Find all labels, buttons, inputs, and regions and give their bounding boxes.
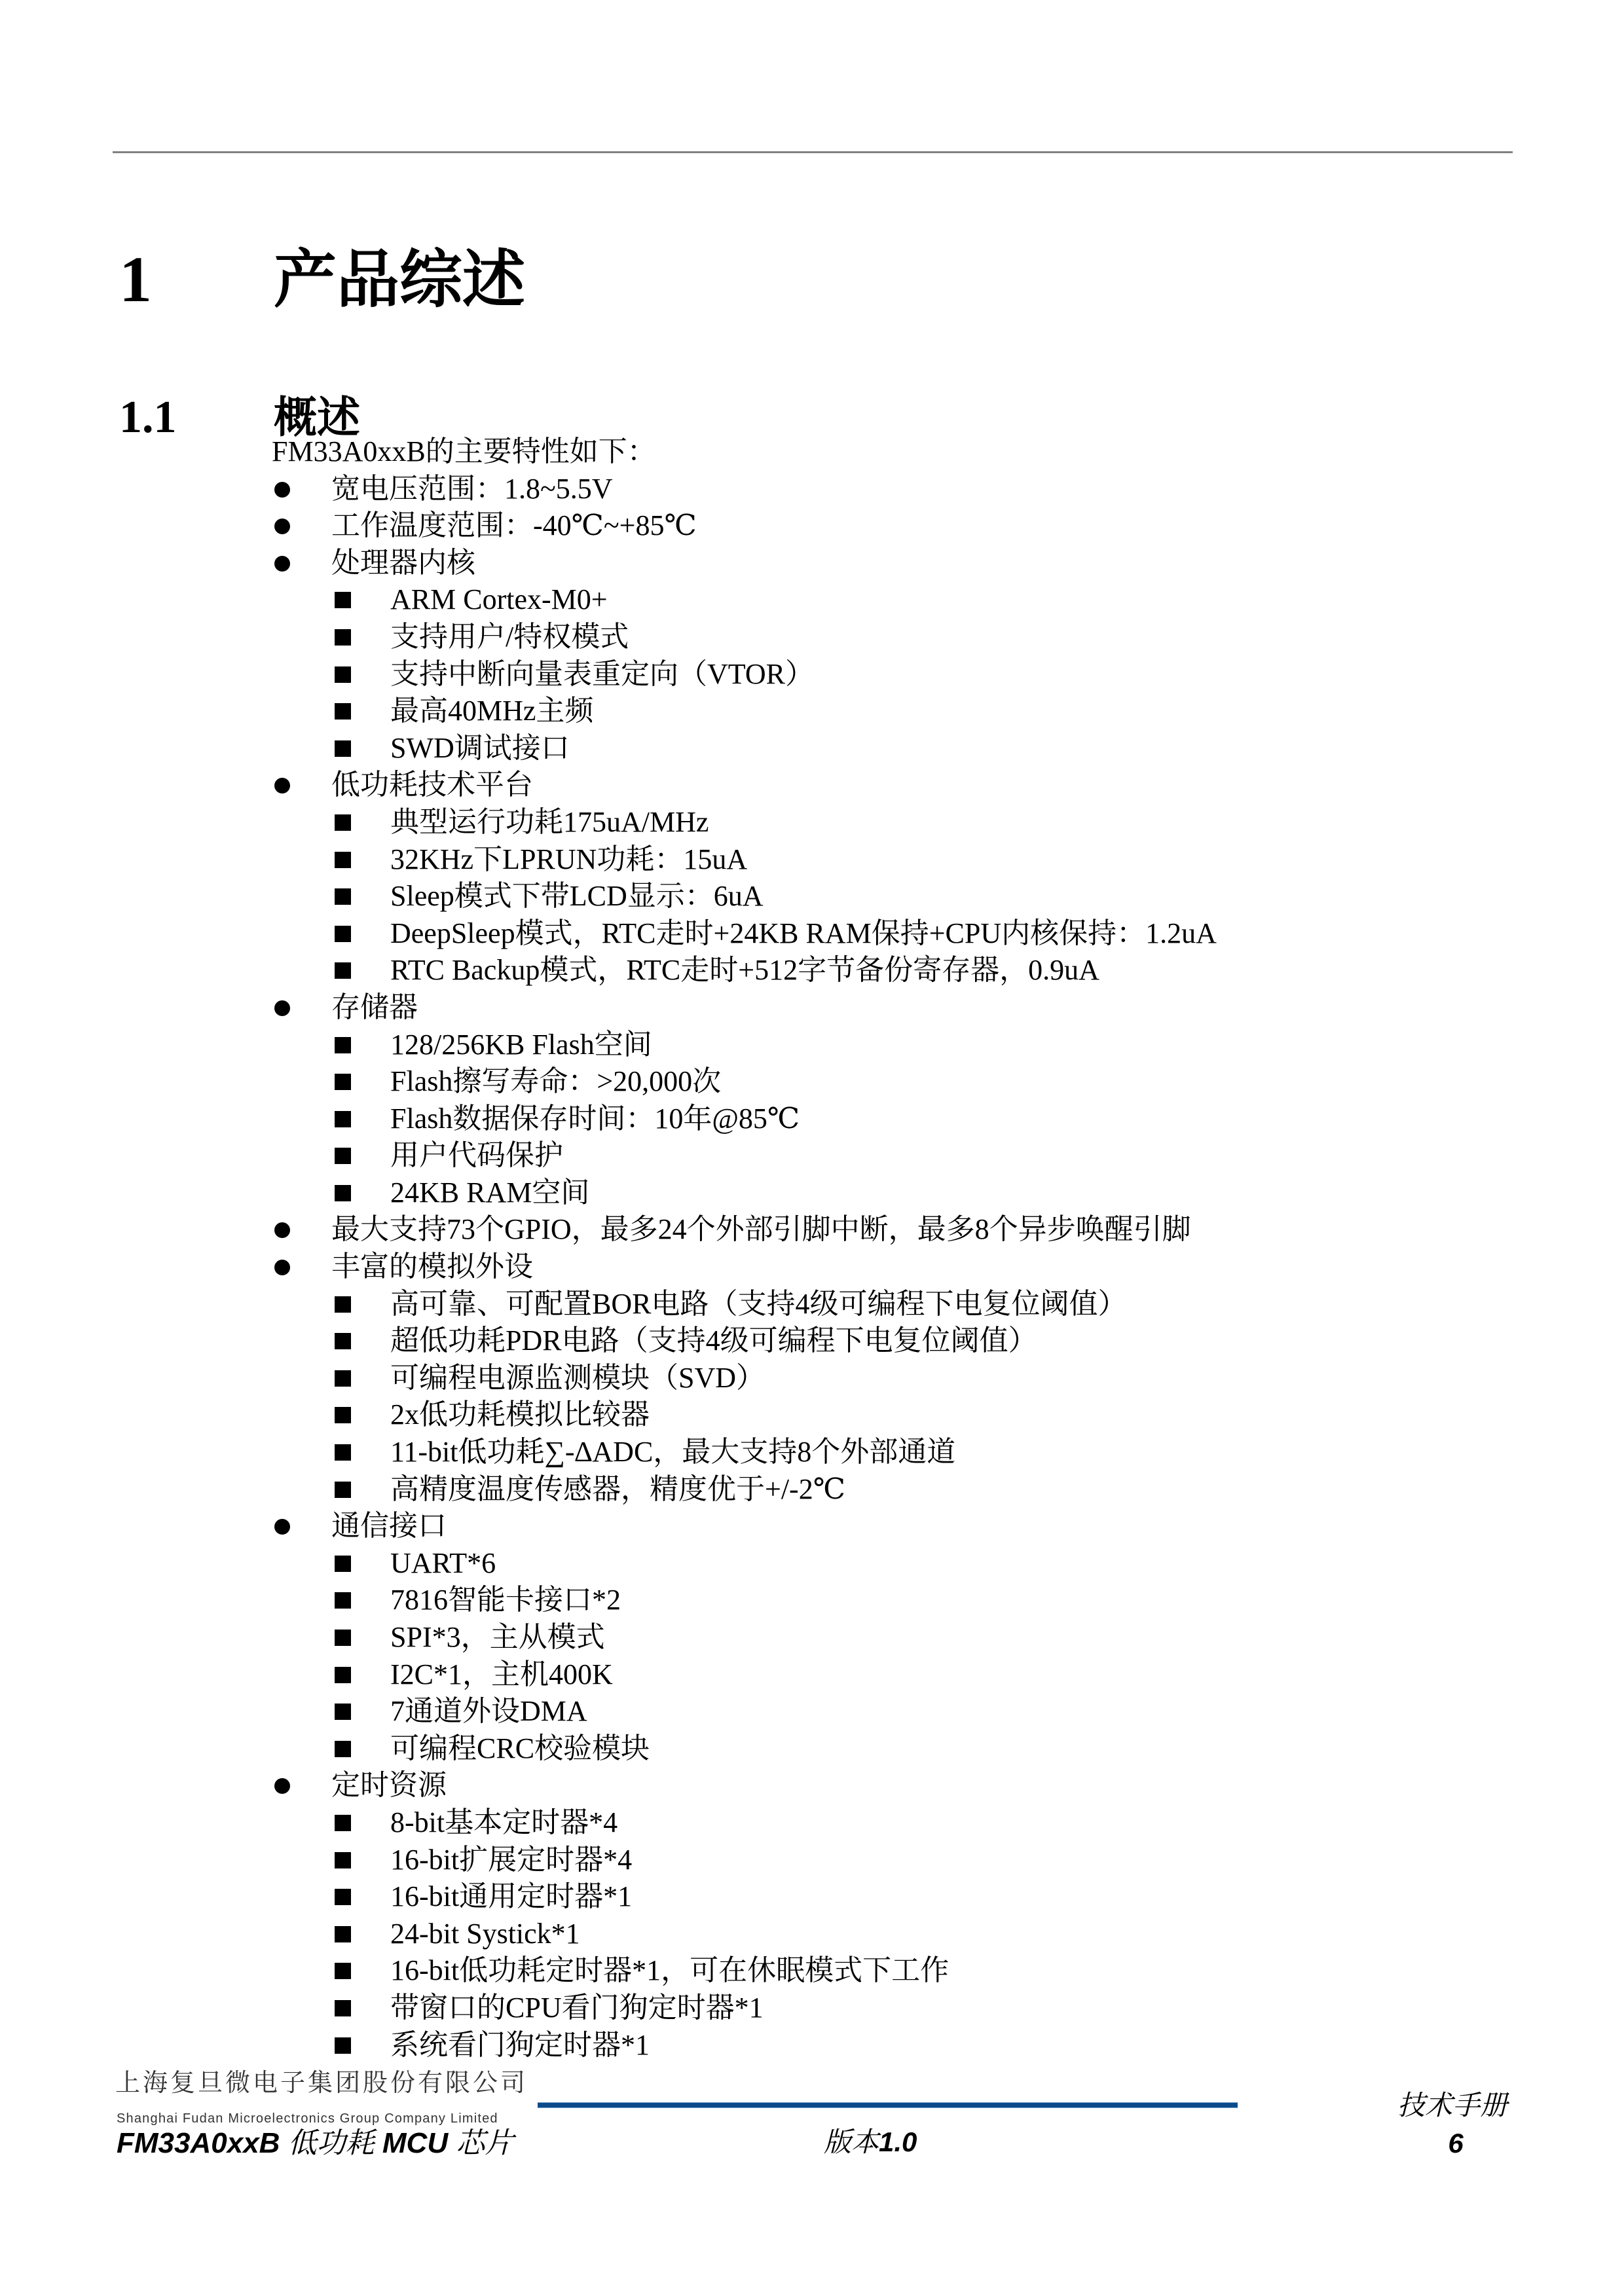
round-bullet-icon — [274, 778, 290, 793]
feature-subitem: 8-bit基本定时器*4 — [0, 1804, 1624, 1842]
feature-text: UART*6 — [390, 1545, 496, 1582]
square-bullet-icon — [335, 814, 351, 831]
feature-text: 宽电压范围：1.8~5.5V — [331, 471, 613, 508]
feature-text: SPI*3，主从模式 — [390, 1619, 605, 1656]
feature-item: 丰富的模拟外设 — [0, 1248, 1624, 1286]
feature-item: 通信接口 — [0, 1508, 1624, 1545]
feature-text: 2x低功耗模拟比较器 — [390, 1396, 650, 1434]
square-bullet-icon — [335, 926, 351, 942]
feature-text: 7816智能卡接口*2 — [390, 1582, 621, 1619]
feature-text: 支持用户/特权模式 — [390, 619, 629, 656]
feature-subitem: 高可靠、可配置BOR电路（支持4级可编程下电复位阈值） — [0, 1286, 1624, 1323]
square-bullet-icon — [335, 703, 351, 720]
feature-text: 存储器 — [331, 989, 418, 1027]
square-bullet-icon — [335, 1592, 351, 1609]
version-text: 版本 — [824, 2126, 879, 2158]
product-chip: 芯片 — [456, 2126, 513, 2160]
square-bullet-icon — [335, 2037, 351, 2054]
page-number: 6 — [1441, 2125, 1471, 2162]
product-mcu: MCU — [382, 2127, 448, 2159]
feature-subitem: 可编程CRC校验模块 — [0, 1730, 1624, 1768]
feature-text: 高精度温度传感器，精度优于+/-2℃ — [390, 1471, 845, 1508]
square-bullet-icon — [335, 740, 351, 757]
feature-text: 可编程电源监测模块（SVD） — [390, 1360, 765, 1397]
square-bullet-icon — [335, 962, 351, 979]
feature-text: 32KHz下LPRUN功耗：15uA — [390, 841, 747, 879]
feature-text: 带窗口的CPU看门狗定时器*1 — [390, 1990, 764, 2027]
feature-text: 最大支持73个GPIO，最多24个外部引脚中断，最多8个异步唤醒引脚 — [331, 1211, 1191, 1248]
feature-item: 定时资源 — [0, 1767, 1624, 1804]
feature-text: Flash数据保存时间：10年@85℃ — [390, 1101, 800, 1138]
round-bullet-icon — [274, 519, 290, 534]
feature-subitem: 24KB RAM空间 — [0, 1175, 1624, 1212]
feature-text: 通信接口 — [331, 1508, 447, 1545]
square-bullet-icon — [335, 1704, 351, 1720]
feature-subitem: 支持中断向量表重定向（VTOR） — [0, 656, 1624, 693]
feature-subitem: Flash数据保存时间：10年@85℃ — [0, 1101, 1624, 1138]
feature-text: 16-bit通用定时器*1 — [390, 1878, 632, 1916]
feature-text: 系统看门狗定时器*1 — [390, 2027, 650, 2064]
round-bullet-icon — [274, 1778, 290, 1794]
feature-text: 可编程CRC校验模块 — [390, 1730, 650, 1768]
feature-subitem: 32KHz下LPRUN功耗：15uA — [0, 841, 1624, 879]
feature-subitem: RTC Backup模式，RTC走时+512字节备份寄存器，0.9uA — [0, 952, 1624, 989]
feature-text: 7通道外设DMA — [390, 1693, 587, 1730]
feature-item: 处理器内核 — [0, 545, 1624, 582]
square-bullet-icon — [335, 2000, 351, 2016]
product-part: FM33A0xxB — [117, 2127, 280, 2159]
feature-text: SWD调试接口 — [390, 730, 570, 767]
square-bullet-icon — [335, 1148, 351, 1164]
feature-item: 低功耗技术平台 — [0, 767, 1624, 804]
feature-text: 24-bit Systick*1 — [390, 1916, 580, 1953]
square-bullet-icon — [335, 1889, 351, 1905]
square-bullet-icon — [335, 1815, 351, 1831]
feature-subitem: 11-bit低功耗∑-∆ADC，最大支持8个外部通道 — [0, 1434, 1624, 1471]
feature-text: 24KB RAM空间 — [390, 1175, 589, 1212]
header-rule — [113, 151, 1513, 153]
square-bullet-icon — [335, 852, 351, 868]
feature-text: 用户代码保护 — [390, 1137, 563, 1175]
square-bullet-icon — [335, 1963, 351, 1979]
product-title: FM33A0xxB 低功耗 MCU 芯片 — [117, 2125, 513, 2162]
product-desc-cn: 低功耗 — [288, 2126, 375, 2160]
feature-item: 工作温度范围：-40℃~+85℃ — [0, 507, 1624, 545]
feature-text: 8-bit基本定时器*4 — [390, 1804, 618, 1842]
feature-text: ARM Cortex-M0+ — [390, 581, 608, 619]
feature-text: 工作温度范围：-40℃~+85℃ — [331, 507, 697, 545]
feature-item: 宽电压范围：1.8~5.5V — [0, 471, 1624, 508]
footer-accent-line — [538, 2102, 1238, 2108]
feature-subitem: UART*6 — [0, 1545, 1624, 1582]
round-bullet-icon — [274, 1519, 290, 1535]
feature-subitem: SWD调试接口 — [0, 730, 1624, 767]
square-bullet-icon — [335, 1111, 351, 1127]
round-bullet-icon — [274, 1260, 290, 1275]
square-bullet-icon — [335, 1333, 351, 1349]
doc-type-label: 技术手册 — [1397, 2088, 1507, 2123]
feature-subitem: 16-bit通用定时器*1 — [0, 1878, 1624, 1916]
feature-subitem: 16-bit低功耗定时器*1，可在休眠模式下工作 — [0, 1952, 1624, 1990]
square-bullet-icon — [335, 1444, 351, 1461]
square-bullet-icon — [335, 1667, 351, 1683]
feature-subitem: 可编程电源监测模块（SVD） — [0, 1360, 1624, 1397]
feature-text: 高可靠、可配置BOR电路（支持4级可编程下电复位阈值） — [390, 1286, 1126, 1323]
feature-subitem: I2C*1，主机400K — [0, 1656, 1624, 1694]
feature-text: Flash擦写寿命：>20,000次 — [390, 1063, 721, 1101]
feature-text: RTC Backup模式，RTC走时+512字节备份寄存器，0.9uA — [390, 952, 1099, 989]
feature-subitem: 高精度温度传感器，精度优于+/-2℃ — [0, 1471, 1624, 1508]
square-bullet-icon — [335, 592, 351, 608]
feature-subitem: 24-bit Systick*1 — [0, 1916, 1624, 1953]
square-bullet-icon — [335, 1926, 351, 1942]
feature-text: 超低功耗PDR电路（支持4级可编程下电复位阈值） — [390, 1322, 1037, 1360]
round-bullet-icon — [274, 1000, 290, 1016]
feature-subitem: 支持用户/特权模式 — [0, 619, 1624, 656]
intro-text: FM33A0xxB的主要特性如下： — [0, 433, 1624, 471]
square-bullet-icon — [335, 1482, 351, 1498]
feature-subitem: 典型运行功耗175uA/MHz — [0, 804, 1624, 841]
feature-text: 16-bit低功耗定时器*1，可在休眠模式下工作 — [390, 1952, 949, 1990]
version-label: 版本1.0 — [824, 2124, 917, 2160]
feature-subitem: Flash擦写寿命：>20,000次 — [0, 1063, 1624, 1101]
company-logo-cn: 上海复旦微电子集团股份有限公司 — [115, 2068, 528, 2098]
feature-text: 典型运行功耗175uA/MHz — [390, 804, 709, 841]
feature-subitem: 7通道外设DMA — [0, 1693, 1624, 1730]
feature-subitem: Sleep模式下带LCD显示：6uA — [0, 878, 1624, 915]
feature-list: FM33A0xxB的主要特性如下： 宽电压范围：1.8~5.5V工作温度范围：-… — [0, 433, 1624, 2064]
feature-text: DeepSleep模式，RTC走时+24KB RAM保持+CPU内核保持：1.2… — [390, 915, 1217, 953]
feature-subitem: 带窗口的CPU看门狗定时器*1 — [0, 1990, 1624, 2027]
feature-subitem: 7816智能卡接口*2 — [0, 1582, 1624, 1619]
square-bullet-icon — [335, 1074, 351, 1090]
square-bullet-icon — [335, 1185, 351, 1201]
feature-text: 支持中断向量表重定向（VTOR） — [390, 656, 814, 693]
feature-text: 128/256KB Flash空间 — [390, 1027, 652, 1064]
version-number: 1.0 — [879, 2126, 917, 2157]
square-bullet-icon — [335, 1630, 351, 1646]
round-bullet-icon — [274, 556, 290, 572]
feature-text: Sleep模式下带LCD显示：6uA — [390, 878, 764, 915]
square-bullet-icon — [335, 1741, 351, 1757]
feature-subitem: 128/256KB Flash空间 — [0, 1027, 1624, 1064]
feature-subitem: SPI*3，主从模式 — [0, 1619, 1624, 1656]
feature-text: 最高40MHz主频 — [390, 693, 593, 730]
feature-text: I2C*1，主机400K — [390, 1656, 613, 1694]
square-bullet-icon — [335, 1556, 351, 1572]
feature-text: 丰富的模拟外设 — [331, 1248, 533, 1286]
feature-subitem: 2x低功耗模拟比较器 — [0, 1396, 1624, 1434]
chapter-number: 1 — [119, 237, 152, 322]
feature-item: 最大支持73个GPIO，最多24个外部引脚中断，最多8个异步唤醒引脚 — [0, 1211, 1624, 1248]
square-bullet-icon — [335, 1370, 351, 1387]
feature-text: 处理器内核 — [331, 545, 475, 582]
feature-text: 低功耗技术平台 — [331, 767, 533, 804]
square-bullet-icon — [335, 629, 351, 646]
square-bullet-icon — [335, 1407, 351, 1423]
feature-subitem: 最高40MHz主频 — [0, 693, 1624, 730]
round-bullet-icon — [274, 482, 290, 498]
feature-subitem: ARM Cortex-M0+ — [0, 581, 1624, 619]
feature-subitem: 用户代码保护 — [0, 1137, 1624, 1175]
feature-subitem: DeepSleep模式，RTC走时+24KB RAM保持+CPU内核保持：1.2… — [0, 915, 1624, 953]
feature-item: 存储器 — [0, 989, 1624, 1027]
square-bullet-icon — [335, 1037, 351, 1053]
feature-text: 定时资源 — [331, 1767, 447, 1804]
square-bullet-icon — [335, 1852, 351, 1868]
square-bullet-icon — [335, 666, 351, 683]
company-logo-en: Shanghai Fudan Microelectronics Group Co… — [117, 2111, 498, 2126]
feature-subitem: 16-bit扩展定时器*4 — [0, 1842, 1624, 1879]
chapter-title: 产品综述 — [274, 237, 525, 322]
feature-subitem: 系统看门狗定时器*1 — [0, 2027, 1624, 2064]
square-bullet-icon — [335, 888, 351, 905]
feature-text: 16-bit扩展定时器*4 — [390, 1842, 632, 1879]
round-bullet-icon — [274, 1222, 290, 1238]
feature-text: 11-bit低功耗∑-∆ADC，最大支持8个外部通道 — [390, 1434, 955, 1471]
feature-subitem: 超低功耗PDR电路（支持4级可编程下电复位阈值） — [0, 1322, 1624, 1360]
square-bullet-icon — [335, 1296, 351, 1313]
